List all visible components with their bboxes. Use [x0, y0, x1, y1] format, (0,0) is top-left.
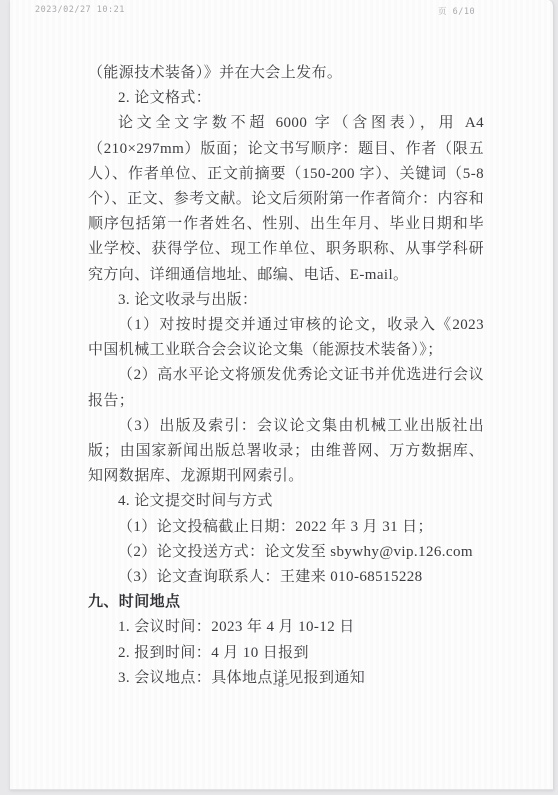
scan-page-indicator: 页 6/10 — [438, 5, 475, 17]
para-time-item-1: 1. 会议时间：2023 年 4 月 10-12 日 — [88, 615, 484, 640]
para-continuation: （能源技术装备）》并在大会上发布。 — [88, 61, 484, 86]
para-publish-item-3: （3）出版及索引：会议论文集由机械工业出版社出版；由国家新闻出版总署收录；由维普… — [88, 414, 484, 490]
para-publish-item-1: （1）对按时提交并通过审核的论文，收录入《2023 中国机械工业联合会会议论文集… — [88, 313, 484, 363]
scanned-document-page: 2023/02/27 10:21 页 6/10 （能源技术装备）》并在大会上发布… — [10, 0, 554, 790]
document-body: （能源技术装备）》并在大会上发布。 2. 论文格式： 论文全文字数不超 6000… — [88, 61, 484, 691]
scan-meta-header: 2023/02/27 10:21 页 6/10 — [10, 5, 553, 19]
para-section-3-title: 3. 论文收录与出版： — [88, 288, 484, 313]
footer-page-number: -8- — [10, 676, 553, 691]
heading-section-9: 九、时间地点 — [88, 590, 484, 615]
para-submit-item-1: （1）论文投稿截止日期：2022 年 3 月 31 日； — [88, 515, 484, 540]
para-submit-item-2: （2）论文投送方式：论文发至 sbywhy@vip.126.com — [88, 540, 484, 565]
para-time-item-2: 2. 报到时间：4 月 10 日报到 — [88, 641, 484, 666]
para-submit-item-3: （3）论文查询联系人：王建来 010-68515228 — [88, 565, 484, 590]
para-publish-item-2: （2）高水平论文将颁发优秀论文证书并优选进行会议报告； — [88, 363, 484, 413]
scan-timestamp: 2023/02/27 10:21 — [35, 5, 125, 15]
para-section-4-title: 4. 论文提交时间与方式 — [88, 489, 484, 514]
para-section-2-title: 2. 论文格式： — [88, 86, 484, 111]
para-format-details: 论文全文字数不超 6000 字（含图表），用 A4（210×297mm）版面；论… — [88, 111, 484, 287]
